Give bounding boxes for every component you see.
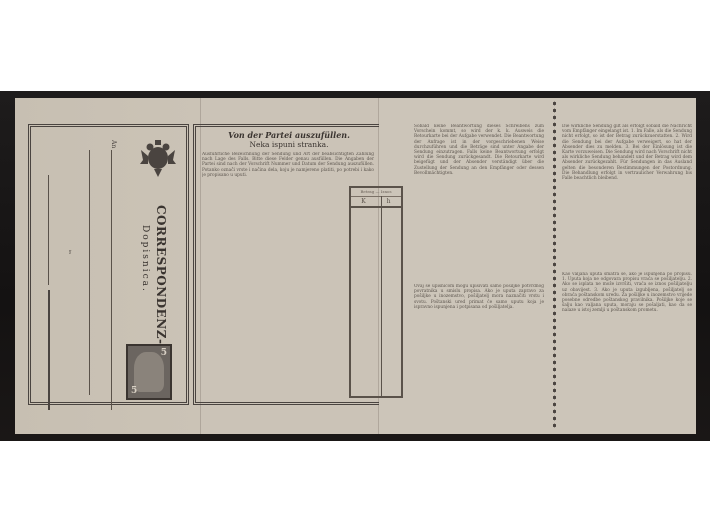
postage-stamp: 5 5 [126,344,172,400]
table-header: Betrag — Iznos [351,188,401,197]
card-subtitle: Dopisnica. [140,225,150,293]
instructions-text: Ausführliche Bezeichnung der Sendung und… [202,152,374,186]
stamp-value: 5 [131,386,137,396]
reverse-text-german: Sobald keine Beantwortung dieses Schreib… [414,124,544,216]
reverse-text-right-croatian: Kao valjana uputa smatra se, ako je ispu… [562,272,692,392]
double-headed-eagle-icon [140,138,176,178]
address-line [48,290,50,410]
reverse-text-right-german: Die wirkliche Sendung gilt als erfolgt s… [562,124,692,264]
amount-table: Betrag — Iznos K h [349,186,403,398]
small-mark: in [68,250,73,254]
stamp-value: 5 [161,348,167,358]
address-line [48,175,49,285]
column-heller: h [376,197,401,206]
reverse-text-croatian: Ovaj se upisnicom mogu upisivati samo po… [414,284,544,354]
emperor-portrait [134,352,164,392]
address-line [89,150,90,395]
perforation-line [553,100,556,430]
address-line [111,150,112,410]
heading-slovene: Neka ispuni stranka. [200,140,378,149]
address-prefix: An [110,140,117,148]
table-divider [381,196,382,396]
column-kronen: K [351,197,376,206]
heading-german: Von der Partei auszufüllen. [200,130,378,140]
